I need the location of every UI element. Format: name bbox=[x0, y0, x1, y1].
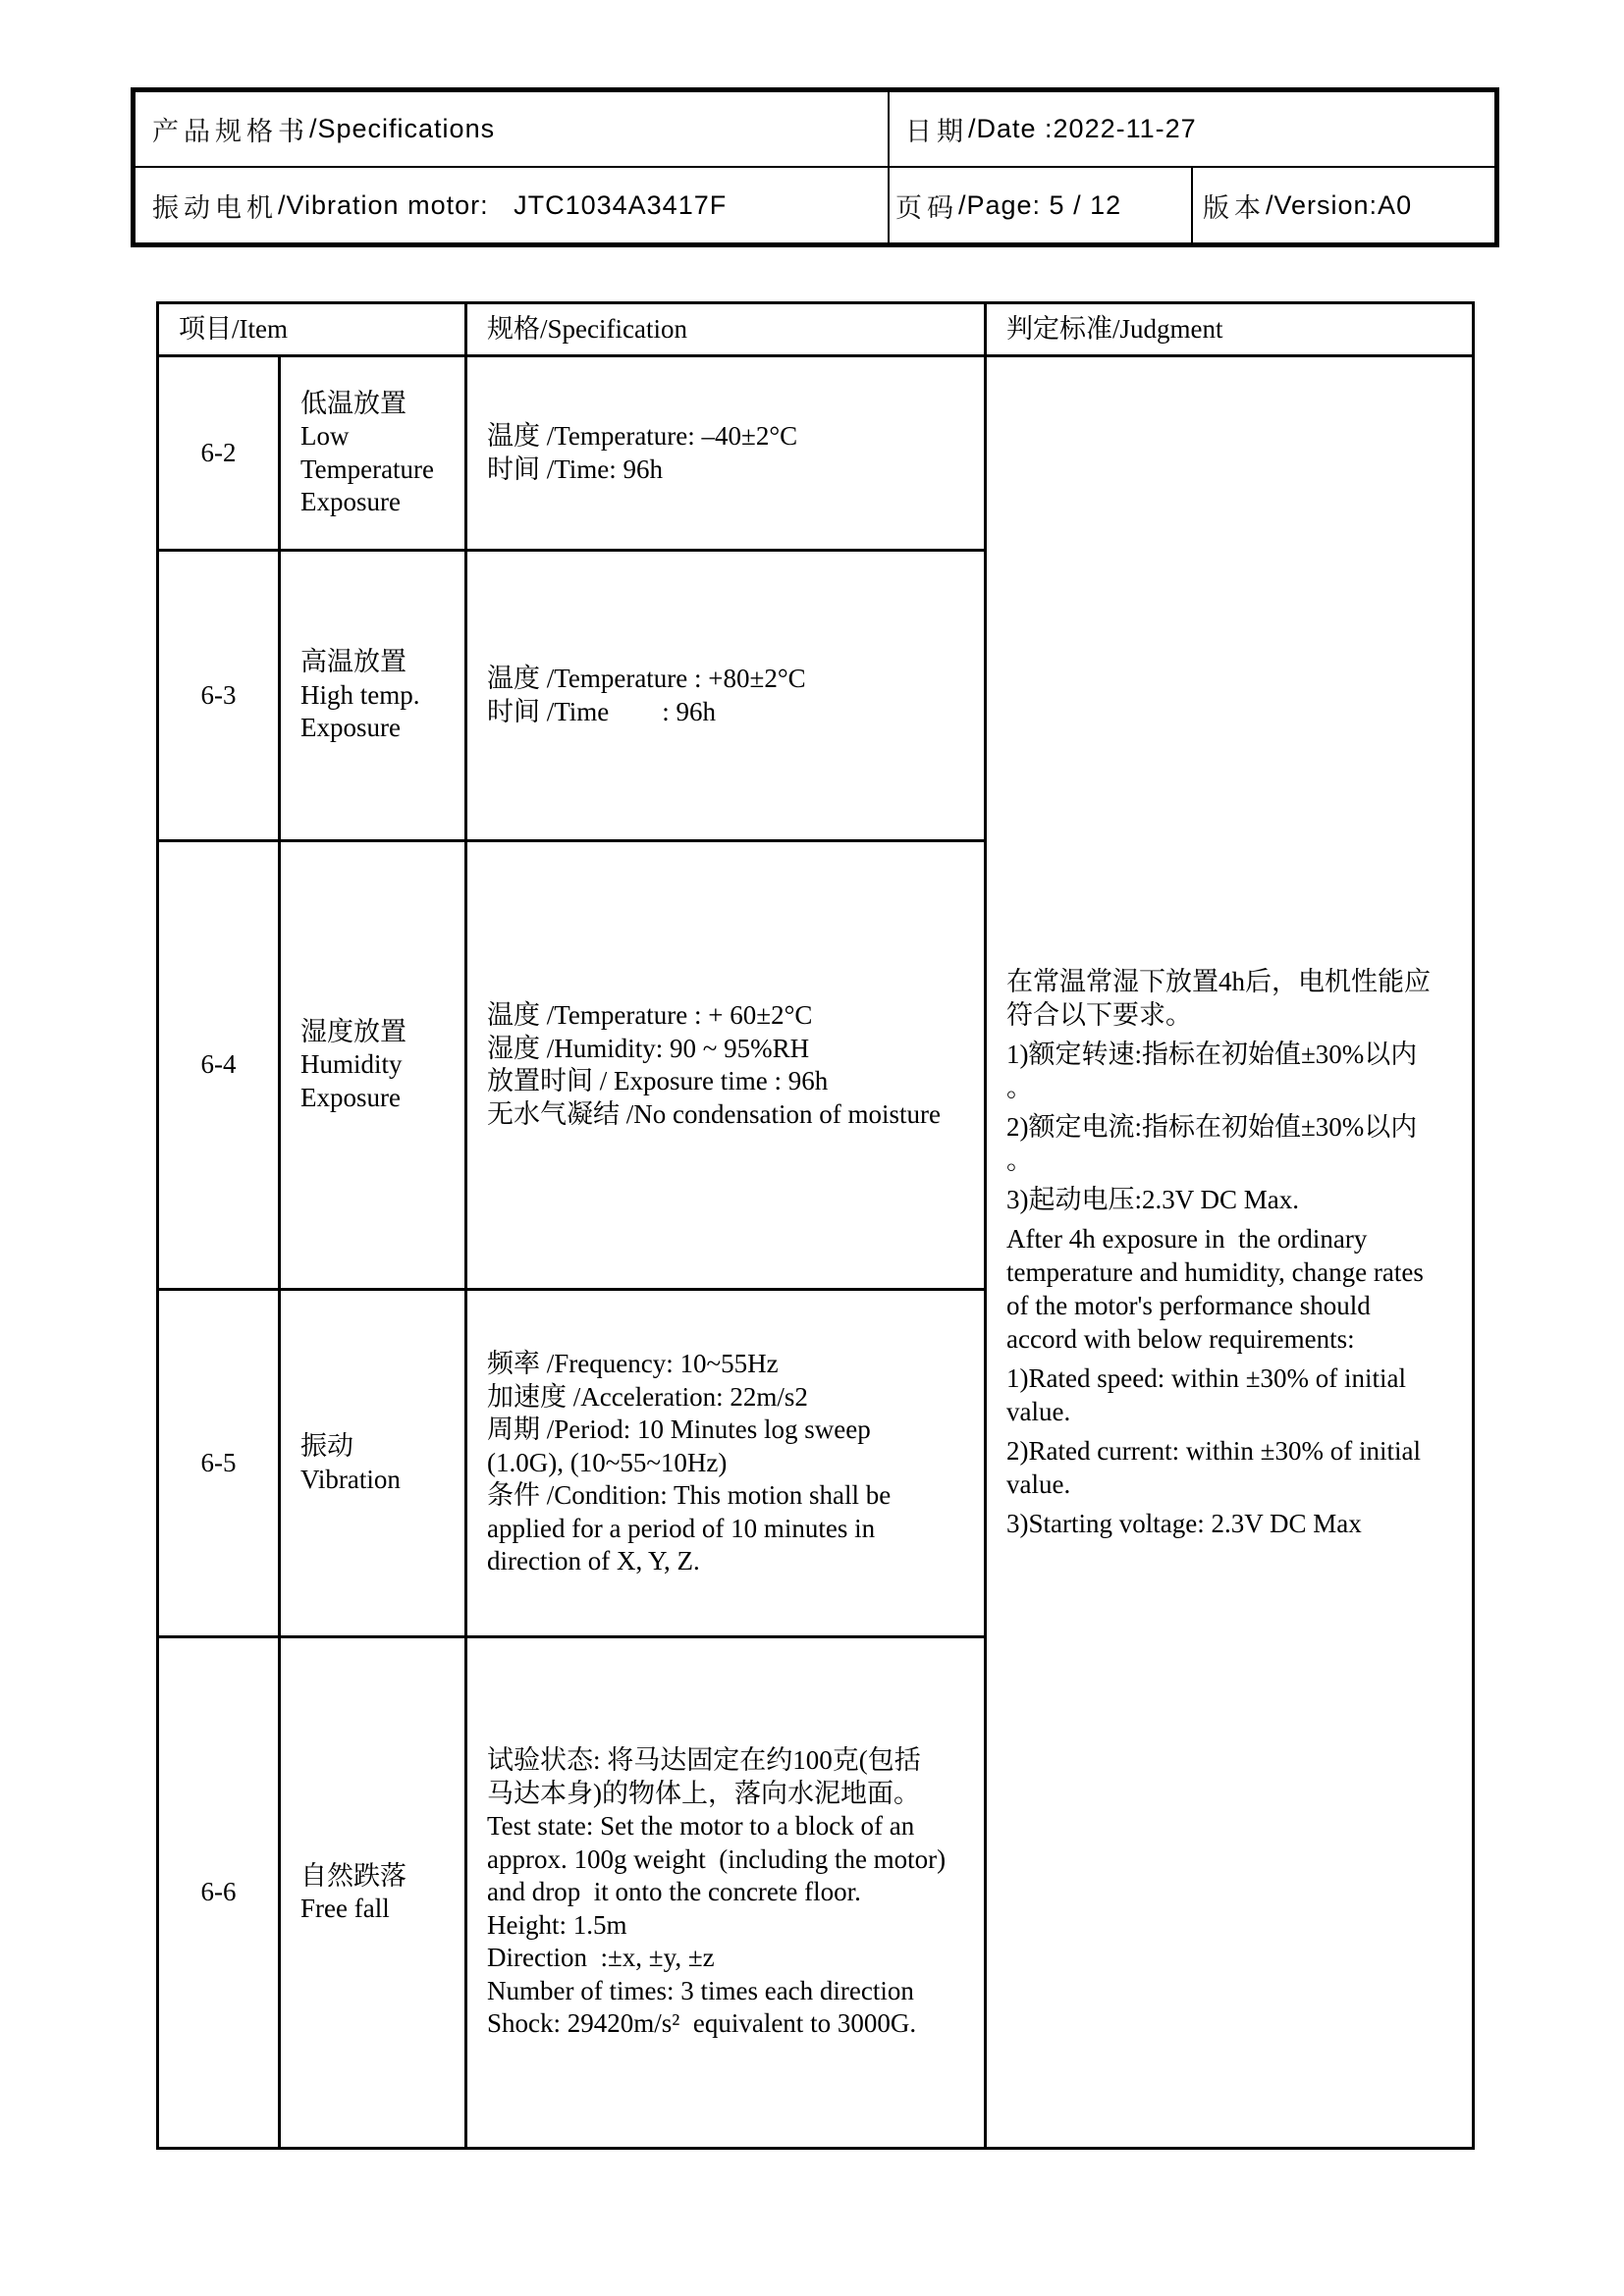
test-item-name: 低温放置 Low Temperature Exposure bbox=[281, 357, 464, 549]
column-header-specification: 规格/Specification bbox=[467, 304, 984, 354]
spec-line: applied for a period of 10 minutes in bbox=[487, 1513, 984, 1546]
document-header: 产品规格书/Specifications 日期/Date :2022-11-27… bbox=[131, 87, 1499, 247]
spec-line: Test state: Set the motor to a block of … bbox=[487, 1810, 984, 1843]
spec-line: (1.0G), (10~55~10Hz) bbox=[487, 1447, 984, 1480]
spec-line: 试验状态: 将马达固定在约100克(包括 bbox=[487, 1744, 984, 1778]
document-type-en: /Specifications bbox=[309, 114, 495, 144]
test-item-name: 高温放置 High temp. Exposure bbox=[281, 552, 464, 839]
test-item-number: 6-6 bbox=[159, 1638, 278, 2147]
page-value: /Page: 5 / 12 bbox=[958, 190, 1121, 221]
test-specification: 温度 /Temperature: –40±2°C 时间 /Time: 96h bbox=[467, 357, 984, 549]
test-item-number: 6-5 bbox=[159, 1291, 278, 1635]
spec-line: Number of times: 3 times each direction bbox=[487, 1975, 984, 2008]
product-model-value: /Vibration motor: JTC1034A3417F bbox=[278, 190, 727, 221]
spec-line: and drop it onto the concrete floor. bbox=[487, 1876, 984, 1909]
judgment-line: of the motor's performance should bbox=[1006, 1289, 1472, 1322]
test-item-number: 6-4 bbox=[159, 842, 278, 1288]
page-number: 页码/Page: 5 / 12 bbox=[895, 168, 1121, 242]
test-item-name: 湿度放置 Humidity Exposure bbox=[281, 842, 464, 1288]
item-name-line: Exposure bbox=[300, 486, 464, 519]
judgment-paragraph: After 4h exposure in the ordinary temper… bbox=[1006, 1222, 1472, 1356]
specification-table: 项目/Item 规格/Specification 判定标准/Judgment 6… bbox=[156, 301, 1475, 2150]
version-value: /Version:A0 bbox=[1266, 190, 1412, 221]
test-item-number: 6-2 bbox=[159, 357, 278, 549]
spec-line: 马达本身)的物体上，落向水泥地面。 bbox=[487, 1778, 984, 1811]
spec-line: 湿度 /Humidity: 90 ~ 95%RH bbox=[487, 1033, 984, 1066]
version-label-cn: 版本 bbox=[1203, 187, 1266, 225]
date-value: /Date :2022-11-27 bbox=[968, 114, 1197, 144]
spec-line: 放置时间 / Exposure time : 96h bbox=[487, 1065, 984, 1098]
judgment-line: 3)Starting voltage: 2.3V DC Max bbox=[1006, 1507, 1472, 1540]
item-name-line: Temperature bbox=[300, 454, 464, 487]
spec-line: 周期 /Period: 10 Minutes log sweep bbox=[487, 1414, 984, 1447]
page-label-cn: 页码 bbox=[895, 187, 958, 225]
item-name-line: Vibration bbox=[300, 1464, 464, 1497]
judgment-line: 符合以下要求。 bbox=[1006, 998, 1472, 1032]
spec-line: Shock: 29420m/s² equivalent to 3000G. bbox=[487, 2007, 984, 2041]
judgment-line: temperature and humidity, change rates bbox=[1006, 1255, 1472, 1289]
judgment-line: 1)额定转速:指标在初始值±30%以内 bbox=[1006, 1038, 1472, 1071]
item-name-line: 自然跌落 bbox=[300, 1860, 464, 1894]
judgment-line: 2)Rated current: within ±30% of initial bbox=[1006, 1434, 1472, 1468]
document-version: 版本/Version:A0 bbox=[1203, 168, 1412, 242]
column-header-item: 项目/Item bbox=[159, 304, 464, 354]
judgment-line: 2)额定电流:指标在初始值±30%以内 bbox=[1006, 1110, 1472, 1144]
spec-line: 温度 /Temperature : + 60±2°C bbox=[487, 999, 984, 1033]
item-name-line: Exposure bbox=[300, 712, 464, 745]
judgment-paragraph: 3)Starting voltage: 2.3V DC Max bbox=[1006, 1507, 1472, 1540]
judgment-paragraph: 在常温常湿下放置4h后，电机性能应 符合以下要求。 bbox=[1006, 965, 1472, 1032]
judgment-paragraph: 1)Rated speed: within ±30% of initial va… bbox=[1006, 1362, 1472, 1428]
spec-line: 温度 /Temperature: –40±2°C bbox=[487, 420, 984, 454]
item-name-line: 湿度放置 bbox=[300, 1016, 464, 1049]
item-name-line: High temp. bbox=[300, 679, 464, 713]
judgment-line: 。 bbox=[1006, 1071, 1472, 1104]
judgment-line: 3)起动电压:2.3V DC Max. bbox=[1006, 1183, 1472, 1216]
spec-line: 时间 /Time: 96h bbox=[487, 454, 984, 487]
spec-line: 加速度 /Acceleration: 22m/s2 bbox=[487, 1381, 984, 1415]
test-specification: 温度 /Temperature : +80±2°C 时间 /Time : 96h bbox=[467, 552, 984, 839]
judgment-paragraph: 2)额定电流:指标在初始值±30%以内 。 bbox=[1006, 1110, 1472, 1177]
spec-line: 条件 /Condition: This motion shall be bbox=[487, 1479, 984, 1513]
judgment-line: 1)Rated speed: within ±30% of initial bbox=[1006, 1362, 1472, 1395]
item-name-line: Free fall bbox=[300, 1893, 464, 1926]
test-specification: 试验状态: 将马达固定在约100克(包括 马达本身)的物体上，落向水泥地面。 T… bbox=[467, 1638, 984, 2147]
spec-line: Direction :±x, ±y, ±z bbox=[487, 1942, 984, 1975]
item-name-line: 低温放置 bbox=[300, 388, 464, 421]
item-name-line: Low bbox=[300, 420, 464, 454]
item-name-line: Humidity bbox=[300, 1048, 464, 1082]
document-date: 日期/Date :2022-11-27 bbox=[905, 92, 1197, 166]
judgment-line: value. bbox=[1006, 1395, 1472, 1428]
spec-line: 温度 /Temperature : +80±2°C bbox=[487, 663, 984, 696]
document-type: 产品规格书/Specifications bbox=[152, 92, 495, 166]
product-model: 振动电机/Vibration motor: JTC1034A3417F bbox=[152, 168, 727, 242]
item-name-line: Exposure bbox=[300, 1082, 464, 1115]
judgment-criteria: 在常温常湿下放置4h后，电机性能应 符合以下要求。 1)额定转速:指标在初始值±… bbox=[987, 357, 1472, 2147]
judgment-paragraph: 2)Rated current: within ±30% of initial … bbox=[1006, 1434, 1472, 1501]
judgment-paragraph: 1)额定转速:指标在初始值±30%以内 。 bbox=[1006, 1038, 1472, 1104]
spec-line: 无水气凝结 /No condensation of moisture bbox=[487, 1098, 984, 1132]
test-specification: 频率 /Frequency: 10~55Hz 加速度 /Acceleration… bbox=[467, 1291, 984, 1635]
test-item-number: 6-3 bbox=[159, 552, 278, 839]
spec-line: approx. 100g weight (including the motor… bbox=[487, 1843, 984, 1877]
judgment-line: After 4h exposure in the ordinary bbox=[1006, 1222, 1472, 1255]
test-specification: 温度 /Temperature : + 60±2°C 湿度 /Humidity:… bbox=[467, 842, 984, 1288]
item-name-line: 振动 bbox=[300, 1430, 464, 1464]
date-label-cn: 日期 bbox=[905, 110, 968, 148]
spec-line: Height: 1.5m bbox=[487, 1909, 984, 1943]
product-label-cn: 振动电机 bbox=[152, 187, 278, 225]
spec-line: direction of X, Y, Z. bbox=[487, 1545, 984, 1578]
item-name-line: 高温放置 bbox=[300, 646, 464, 679]
header-column-divider bbox=[888, 92, 890, 242]
judgment-line: value. bbox=[1006, 1468, 1472, 1501]
spec-line: 时间 /Time : 96h bbox=[487, 696, 984, 729]
spec-line: 频率 /Frequency: 10~55Hz bbox=[487, 1348, 984, 1381]
test-item-name: 振动 Vibration bbox=[281, 1291, 464, 1635]
judgment-paragraph: 3)起动电压:2.3V DC Max. bbox=[1006, 1183, 1472, 1216]
judgment-line: accord with below requirements: bbox=[1006, 1322, 1472, 1356]
column-header-judgment: 判定标准/Judgment bbox=[987, 304, 1472, 354]
judgment-line: 。 bbox=[1006, 1144, 1472, 1177]
test-item-name: 自然跌落 Free fall bbox=[281, 1638, 464, 2147]
judgment-line: 在常温常湿下放置4h后，电机性能应 bbox=[1006, 965, 1472, 998]
header-column-divider bbox=[1191, 168, 1193, 242]
document-type-cn: 产品规格书 bbox=[152, 110, 309, 148]
